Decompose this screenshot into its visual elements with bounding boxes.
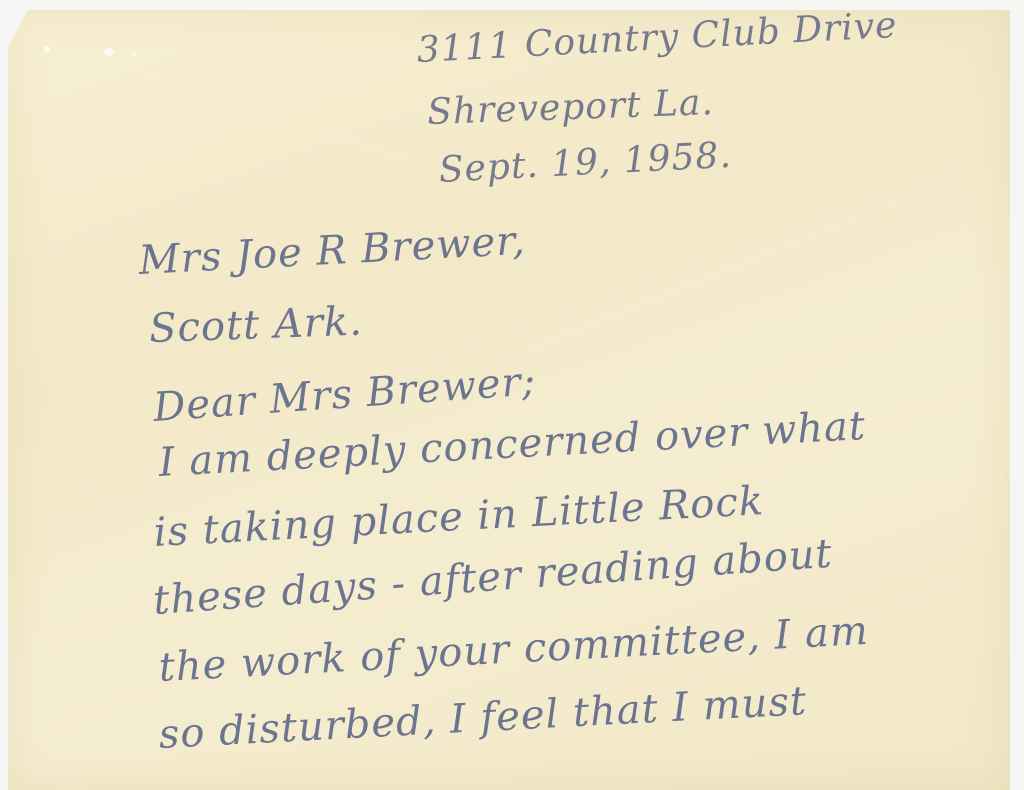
- recipient-location: Scott Ark.: [148, 299, 363, 352]
- paper-damage-spot: [104, 48, 114, 56]
- paper-damage-spot: [132, 52, 136, 56]
- paper-crease: [525, 170, 970, 351]
- paper-damage-spot: [44, 46, 50, 52]
